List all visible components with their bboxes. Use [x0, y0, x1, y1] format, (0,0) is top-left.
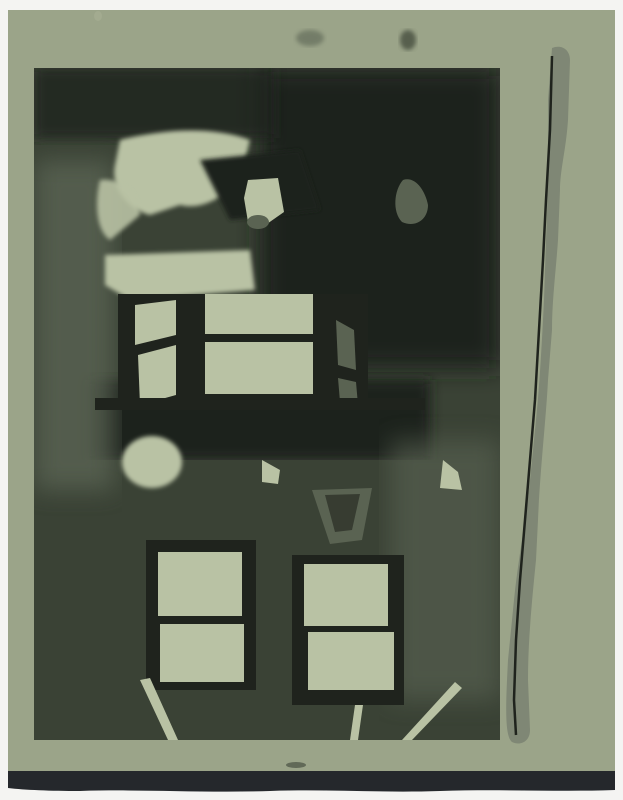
artwork	[0, 0, 623, 800]
artwork-canvas	[0, 0, 623, 800]
